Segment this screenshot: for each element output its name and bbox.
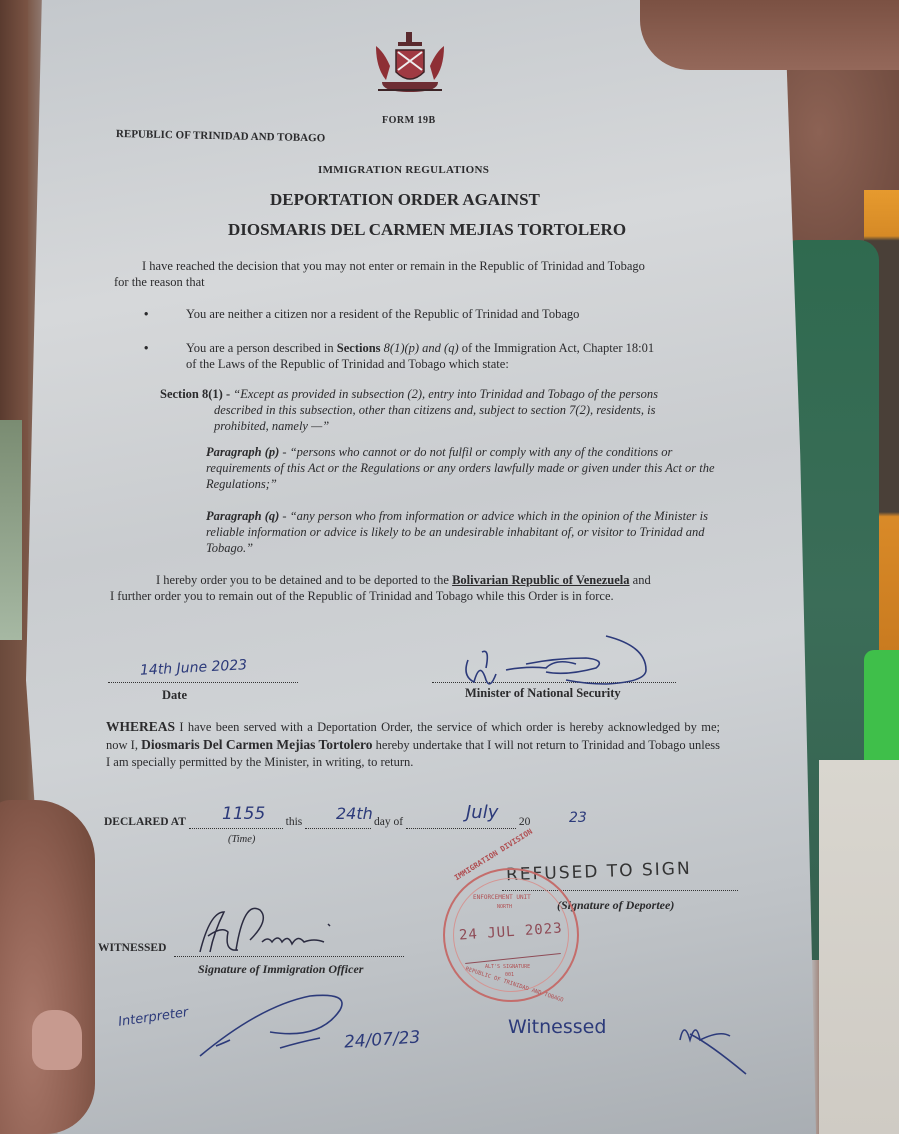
paragraph-p-text: - “persons who cannot or do not fulfil o… (206, 445, 715, 491)
paragraph-q-text: - “any person who from information or ad… (206, 509, 708, 555)
whereas-lead: WHEREAS (106, 719, 175, 734)
paragraph-p: Paragraph (p) - “persons who cannot or d… (206, 444, 726, 492)
month-blank (406, 816, 516, 829)
stamp-unit: ENFORCEMENT UNIT (473, 894, 531, 901)
date-label: Date (162, 688, 187, 703)
coat-of-arms-icon (368, 30, 452, 100)
destination-country: Bolivarian Republic of Venezuela (452, 573, 629, 587)
officer-signature-label: Signature of Immigration Officer (198, 962, 363, 977)
handwritten-interpreter-note: Interpreter (117, 1005, 189, 1030)
reason-2-section-refs: 8(1)(p) and (q) (384, 341, 459, 355)
deportation-order-paragraph: I hereby order you to be detained and to… (110, 572, 720, 604)
time-label: (Time) (228, 834, 255, 845)
declared-day-of: day of (374, 816, 403, 828)
subject-name: DIOSMARIS DEL CARMEN MEJIAS TORTOLERO (228, 220, 626, 240)
bullet-icon: • (144, 340, 148, 356)
intro-line-2: for the reason that (114, 274, 714, 290)
handwritten-year-suffix: 23 (569, 810, 587, 826)
paragraph-p-label: Paragraph (p) (206, 445, 279, 459)
stamp-area: NORTH (497, 904, 512, 910)
minister-signature-icon (456, 630, 676, 690)
country-header: REPUBLIC OF TRINIDAD AND TOBAGO (116, 128, 325, 144)
section-line-1: “Except as provided in subsection (2), e… (233, 387, 658, 401)
undertaking-paragraph: WHEREAS I have been served with a Deport… (106, 718, 720, 771)
document-title: DEPORTATION ORDER AGAINST (270, 190, 540, 210)
regulations-header: IMMIGRATION REGULATIONS (318, 164, 489, 176)
reason-2-suffix: of the Immigration Act, Chapter 18:01 (459, 341, 654, 355)
reason-2-line2: of the Laws of the Republic of Trinidad … (186, 357, 509, 371)
reason-2: You are a person described in Sections 8… (186, 340, 716, 372)
order-prefix: I hereby order you to be detained and to… (156, 573, 452, 587)
paragraph-q-label: Paragraph (q) (206, 509, 279, 523)
declared-label: DECLARED AT (104, 816, 186, 828)
form-number: FORM 19B (382, 115, 436, 126)
stamp-signature-line: ALT'S SIGNATURE (485, 964, 530, 970)
order-suffix: and (630, 573, 651, 587)
section-label: Section 8(1) - (160, 387, 233, 401)
officer-signature-icon (190, 902, 350, 962)
whereas-name: Diosmaris Del Carmen Mejias Tortolero (141, 737, 372, 752)
stamp-top-text: IMMIGRATION DIVISION (453, 827, 534, 882)
witness-signature-icon (670, 1010, 750, 1080)
handwritten-time: 1155 (222, 804, 265, 824)
reason-2-prefix: You are a person described in (186, 341, 337, 355)
stamp-number: 001 (505, 972, 514, 978)
section-line-3: prohibited, namely —” (160, 418, 720, 434)
interpreter-signature-icon (196, 992, 356, 1060)
immigration-stamp: IMMIGRATION DIVISION ENFORCEMENT UNIT NO… (443, 868, 579, 1002)
paragraph-q: Paragraph (q) - “any person who from inf… (206, 508, 726, 556)
intro-line-1: I have reached the decision that you may… (114, 258, 714, 274)
witnessed-label: WITNESSED (98, 942, 166, 954)
handwritten-witnessed-note: Witnessed (508, 1016, 606, 1038)
reason-2-sections: Sections (337, 341, 384, 355)
reason-1: You are neither a citizen nor a resident… (186, 306, 579, 322)
declared-this: this (286, 816, 303, 828)
section-8-1-quote: Section 8(1) - “Except as provided in su… (160, 386, 720, 434)
handwritten-day: 24th (336, 804, 373, 823)
intro-paragraph: I have reached the decision that you may… (114, 258, 714, 290)
deportation-order-document: FORM 19B REPUBLIC OF TRINIDAD AND TOBAGO… (0, 0, 899, 1134)
handwritten-month: July (466, 802, 498, 823)
order-line-2: I further order you to remain out of the… (110, 588, 720, 604)
section-line-2: described in this subsection, other than… (160, 402, 720, 418)
bullet-icon: • (144, 306, 148, 322)
